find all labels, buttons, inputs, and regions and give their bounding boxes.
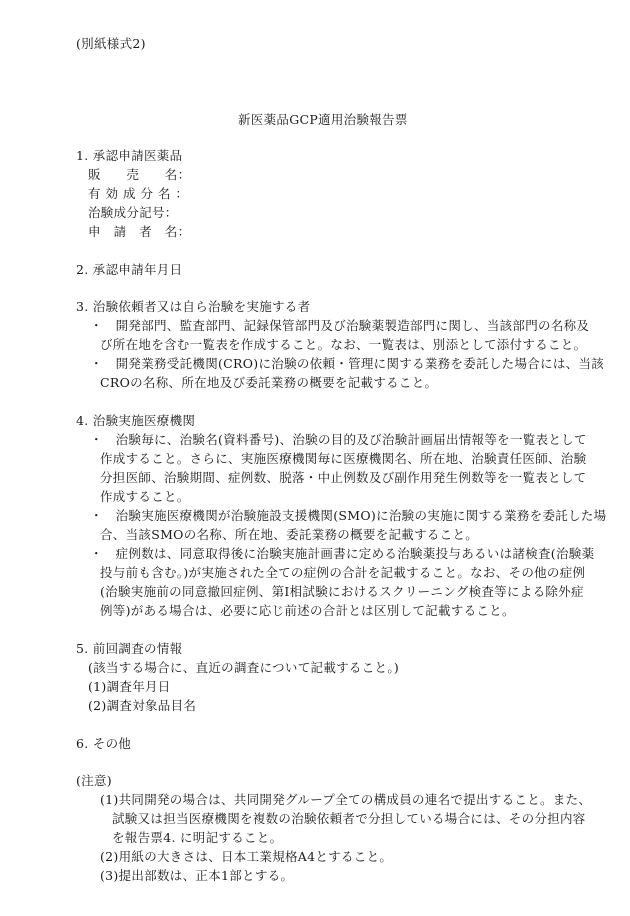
bullet-3-1-line-2: び所在地を含む一覧表を作成すること。なお、一覧表は、別添として添付すること。 (100, 337, 586, 353)
bullet-4-3-line-1: ・ 症例数は、同意取得後に治験実施計画書に定める治験薬投与あるいは諸検査(治験薬 (90, 546, 594, 562)
bullet-4-3-line-2: 投与前も含む。)が実施された全ての症例の合計を記載すること。なお、その他の症例 (100, 565, 585, 581)
bullet-4-1-line-2: 作成すること。さらに、実施医療機関毎に医療機関名、所在地、治験責任医師、治験 (100, 451, 586, 467)
bullet-3-2-line-1: ・ 開発業務受託機関(CRO)に治験の依頼・管理に関する業務を委託した場合には、… (90, 356, 604, 372)
field-active-ingredient: 有効成分名： (88, 186, 193, 202)
section-5-note: (該当する場合に、直近の調査について記載すること。) (88, 660, 399, 676)
section-5-item-2: (2)調査対象品目名 (88, 698, 196, 714)
section-1-heading: 1. 承認申請医薬品 (76, 148, 182, 164)
field-trade-name: 販 売 名： (88, 167, 190, 183)
section-5-item-1: (1)調査年月日 (88, 679, 171, 695)
bullet-4-2-line-2: 合、当該SMOの名称、所在地、委託業務の概要を記載すること。 (100, 527, 478, 543)
section-6-heading: 6. その他 (76, 736, 131, 752)
note-1-line-3: を報告票4. に明記すること。 (112, 830, 282, 846)
section-2-heading: 2. 承認申請年月日 (76, 262, 182, 278)
bullet-4-1-line-1: ・ 治験毎に、治験名(資料番号)、治験の目的及び治験計画届出情報等を一覧表として (90, 432, 587, 448)
note-1-line-1: (1)共同開発の場合は、共同開発グループ全ての構成員の連名で提出すること。また、 (100, 792, 591, 808)
bullet-4-3-line-3: (治験実施前の同意撤回症例、第Ⅰ相試験におけるスクリーニング検査等による除外症 (100, 584, 584, 600)
field-applicant: 申 請 者 名： (88, 224, 190, 240)
note-1-line-2: 試験又は担当医療機関を複数の治験依頼者で分担している場合には、その分担内容 (112, 811, 586, 827)
bullet-3-2-line-2: CROの名称、所在地及び委託業務の概要を記載すること。 (100, 375, 437, 391)
bullet-4-3-line-4: 例等)がある場合は、必要に応じ前述の合計とは区別して記載すること。 (100, 603, 515, 619)
form-label: (別紙様式2) (76, 36, 146, 52)
field-compound-code: 治験成分記号： (88, 205, 178, 221)
section-5-heading: 5. 前回調査の情報 (76, 641, 182, 657)
note-2: (2)用紙の大きさは、日本工業規格A4とすること。 (100, 849, 392, 865)
section-4-heading: 4. 治験実施医療機関 (76, 413, 195, 429)
section-3-heading: 3. 治験依頼者又は自ら治験を実施する者 (76, 299, 310, 315)
bullet-4-1-line-4: 作成すること。 (100, 489, 190, 505)
document-title: 新医薬品GCP適用治験報告票 (238, 112, 408, 128)
bullet-4-2-line-1: ・ 治験実施医療機関が治験施設支援機関(SMO)に治験の実施に関する業務を委託し… (90, 508, 606, 524)
note-3: (3)提出部数は、正本1部とする。 (100, 868, 293, 884)
bullet-4-1-line-3: 分担医師、治験期間、症例数、脱落・中止例数及び副作用発生例数等を一覧表として (100, 470, 586, 486)
notes-heading: (注意) (76, 773, 112, 789)
bullet-3-1-line-1: ・ 開発部門、監査部門、記録保管部門及び治験薬製造部門に関し、当該部門の名称及 (90, 318, 589, 334)
